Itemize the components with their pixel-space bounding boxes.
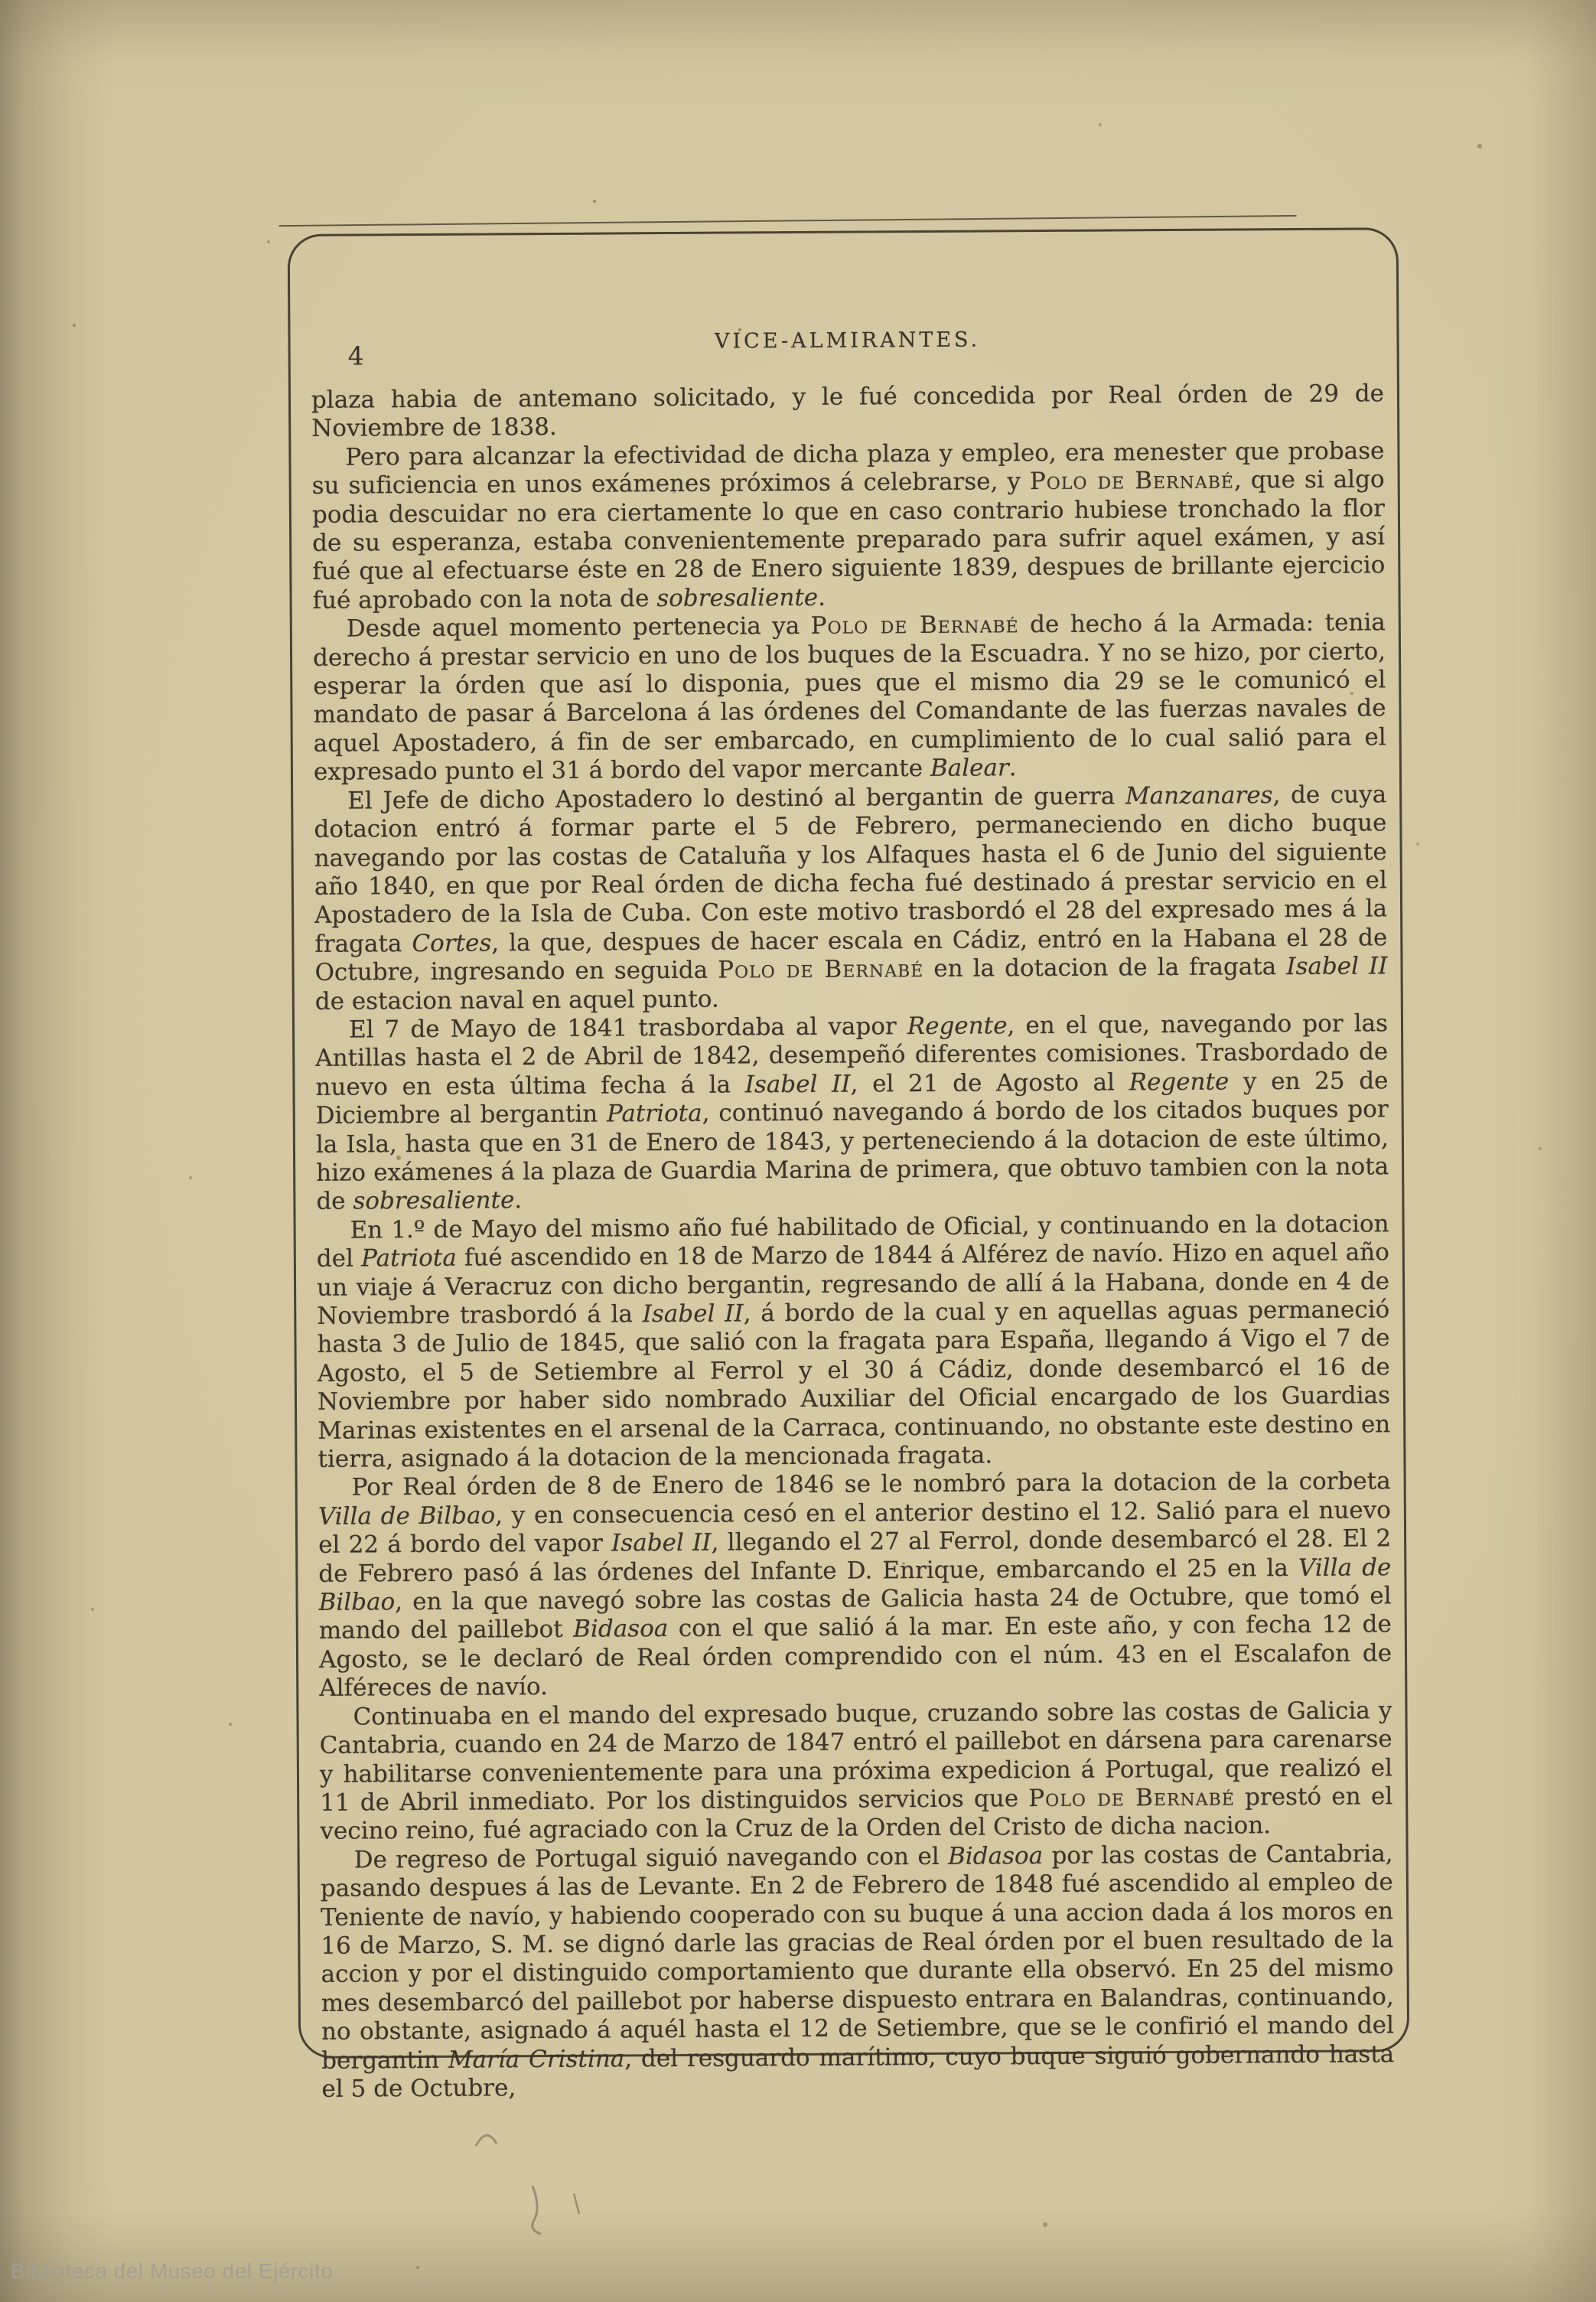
ship-name-or-emphasis: Isabel II: [643, 1299, 744, 1328]
person-name: Polo de Bernabé: [1030, 467, 1234, 496]
page-content: 4 VICE-ALMIRANTES. plaza habia de antema…: [0, 0, 1596, 2302]
ship-name-or-emphasis: Regente: [1129, 1068, 1230, 1096]
ship-name-or-emphasis: Bidasoa: [573, 1616, 668, 1644]
page-header: 4 VICE-ALMIRANTES.: [311, 325, 1383, 378]
body-paragraph: plaza habia de antemano solicitado, y le…: [311, 380, 1384, 443]
ship-name-or-emphasis: Bidasoa: [948, 1842, 1043, 1870]
ship-name-or-emphasis: Patriota: [361, 1244, 457, 1273]
text-run: .: [514, 1187, 522, 1215]
text-run: .: [818, 584, 826, 611]
pen-mark: [459, 2120, 627, 2235]
text-run: El 7 de Mayo de 1841 trasbordaba al vapo…: [349, 1012, 907, 1043]
ship-name-or-emphasis: Manzanares: [1125, 781, 1273, 810]
body-paragraph: Desde aquel momento pertenecia ya Polo d…: [313, 609, 1386, 787]
ship-name-or-emphasis: Patriota: [607, 1100, 702, 1128]
ship-name-or-emphasis: Villa de Bilbao: [318, 1502, 495, 1530]
person-name: Polo de Bernabé: [718, 955, 923, 984]
body-paragraph: De regreso de Portugal siguió navegando …: [321, 1840, 1395, 2104]
body-paragraph: El 7 de Mayo de 1841 trasbordaba al vapo…: [315, 1009, 1389, 1216]
ship-name-or-emphasis: sobresaliente: [353, 1187, 514, 1215]
ship-name-or-emphasis: Cortes: [412, 929, 491, 957]
scanned-page: 4 VICE-ALMIRANTES. plaza habia de antema…: [0, 0, 1596, 2302]
paper-specks: [0, 0, 2, 2]
text-run: De regreso de Portugal siguió navegando …: [354, 1843, 949, 1874]
person-name: Polo de Bernabé: [811, 611, 1019, 640]
ship-name-or-emphasis: Isabel II: [745, 1070, 851, 1098]
ship-name-or-emphasis: María Cristina: [448, 2045, 625, 2073]
ship-name-or-emphasis: Isabel II: [611, 1529, 712, 1557]
body-paragraph: Por Real órden de 8 de Enero de 1846 se …: [318, 1468, 1392, 1704]
body-paragraph: El Jefe de dicho Apostadero lo destinó a…: [314, 781, 1388, 1016]
text-run: Desde aquel momento pertenecia ya: [347, 612, 811, 643]
library-watermark: Biblioteca del Museo del Ejército: [11, 2259, 333, 2284]
body-text: plaza habia de antemano solicitado, y le…: [311, 380, 1395, 2104]
frame-double-line: [279, 215, 1297, 227]
ship-name-or-emphasis: Balear: [930, 755, 1009, 783]
text-run: plaza habia de antemano solicitado, y le…: [311, 380, 1384, 442]
person-name: Polo de Bernabé: [1028, 1783, 1235, 1812]
text-run: El Jefe de dicho Apostadero lo destinó a…: [347, 782, 1125, 814]
text-run: en la dotacion de la fragata: [923, 953, 1286, 983]
body-paragraph: Continuaba en el mando del expresado buq…: [319, 1697, 1392, 1847]
ship-name-or-emphasis: Isabel II: [1286, 952, 1387, 980]
text-run: de estacion naval en aquel punto.: [315, 985, 719, 1015]
ship-name-or-emphasis: Regente: [907, 1012, 1008, 1040]
text-run: , el 21 de Agosto al: [851, 1068, 1129, 1097]
body-paragraph: Pero para alcanzar la efectividad de dic…: [311, 437, 1385, 615]
body-paragraph: En 1.º de Mayo del mismo año fué habilit…: [317, 1210, 1391, 1474]
ship-name-or-emphasis: sobresaliente: [656, 584, 818, 612]
text-run: por las costas de Cantabria, pasando des…: [321, 1840, 1394, 2074]
text-run: .: [1009, 755, 1017, 782]
